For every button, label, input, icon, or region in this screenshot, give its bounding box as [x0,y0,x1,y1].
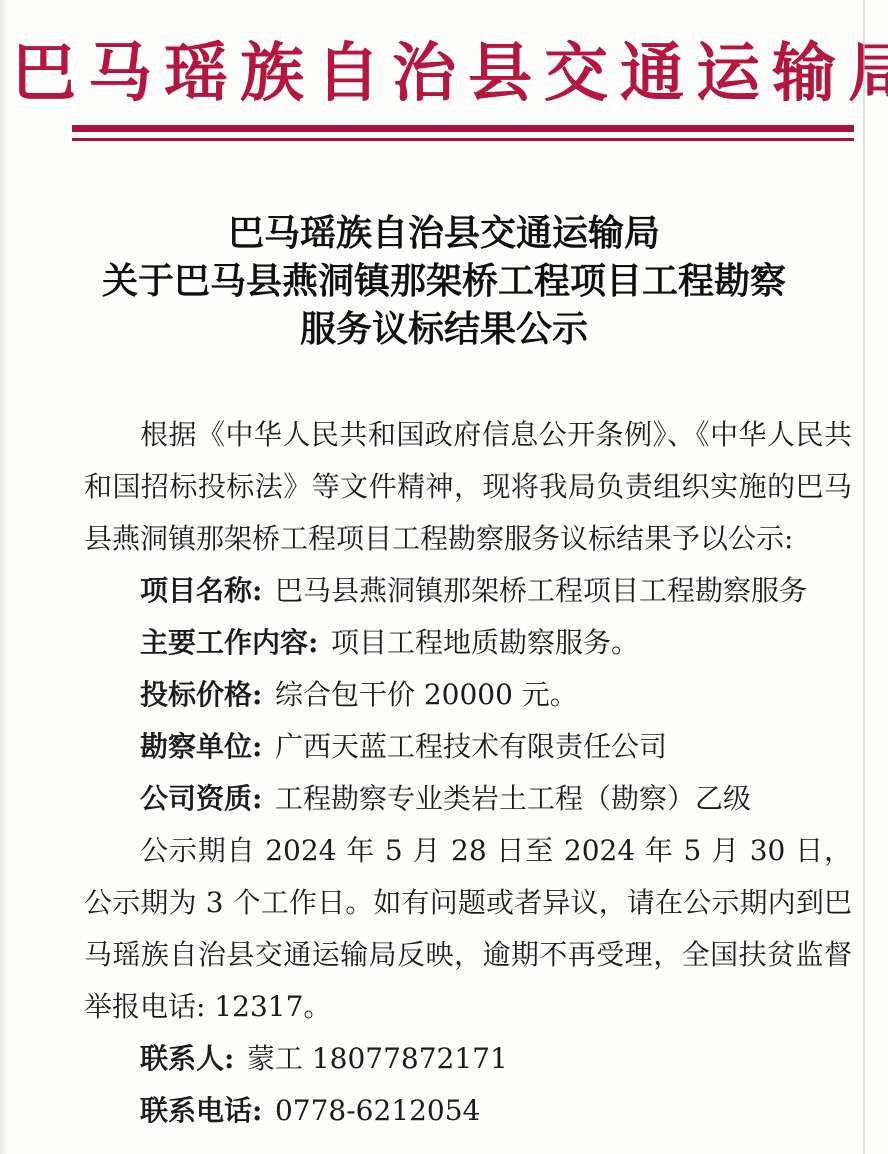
field-work-content-value: 项目工程地质勘察服务。 [331,626,639,659]
contact-person-line: 联系人:蒙工 18077872171 [84,1033,852,1085]
field-bid-price-label: 投标价格: [140,678,262,711]
document-page: 巴马瑶族自治县交通运输局 巴马瑶族自治县交通运输局 关于巴马县燕洞镇那架桥工程项… [0,0,888,1154]
field-project-name: 项目名称:巴马县燕洞镇那架桥工程项目工程勘察服务 [84,565,852,617]
document-title-line-1: 巴马瑶族自治县交通运输局 [0,209,888,257]
field-work-content-label: 主要工作内容: [140,626,318,659]
field-company-qualification-label: 公司资质: [140,782,262,815]
contact-phone-line: 联系电话:0778-6212054 [84,1085,852,1137]
masthead-rule [72,125,854,141]
scan-edge-right [863,0,865,1154]
field-project-name-value: 巴马县燕洞镇那架桥工程项目工程勘察服务 [275,574,807,607]
field-company-qualification: 公司资质:工程勘察专业类岩土工程（勘察）乙级 [84,773,852,825]
scan-edge-left [0,0,9,1154]
contact-person-value: 蒙工 18077872171 [247,1042,508,1075]
field-survey-unit: 勘察单位:广西天蓝工程技术有限责任公司 [84,721,852,773]
masthead-rule-thin [72,138,854,141]
intro-paragraph: 根据《中华人民共和国政府信息公开条例》、《中华人民共和国招标投标法》等文件精神，… [84,409,852,565]
document-title: 巴马瑶族自治县交通运输局 关于巴马县燕洞镇那架桥工程项目工程勘察 服务议标结果公… [0,209,888,353]
document-body: 根据《中华人民共和国政府信息公开条例》、《中华人民共和国招标投标法》等文件精神，… [84,409,852,1137]
contact-phone-label: 联系电话: [140,1094,262,1127]
agency-masthead: 巴马瑶族自治县交通运输局 [0,0,888,113]
field-survey-unit-value: 广西天蓝工程技术有限责任公司 [275,730,667,763]
masthead-rule-thick [72,125,854,132]
field-bid-price: 投标价格:综合包干价 20000 元。 [84,669,852,721]
publicity-period-paragraph: 公示期自 2024 年 5 月 28 日至 2024 年 5 月 30 日，公示… [84,825,852,1033]
document-title-line-3: 服务议标结果公示 [0,305,888,353]
document-title-line-2: 关于巴马县燕洞镇那架桥工程项目工程勘察 [0,257,888,305]
field-work-content: 主要工作内容:项目工程地质勘察服务。 [84,617,852,669]
contact-person-label: 联系人: [140,1042,234,1075]
field-company-qualification-value: 工程勘察专业类岩土工程（勘察）乙级 [275,782,751,815]
field-survey-unit-label: 勘察单位: [140,730,262,763]
contact-phone-value: 0778-6212054 [275,1094,480,1127]
field-bid-price-value: 综合包干价 20000 元。 [275,678,578,711]
field-project-name-label: 项目名称: [140,574,262,607]
